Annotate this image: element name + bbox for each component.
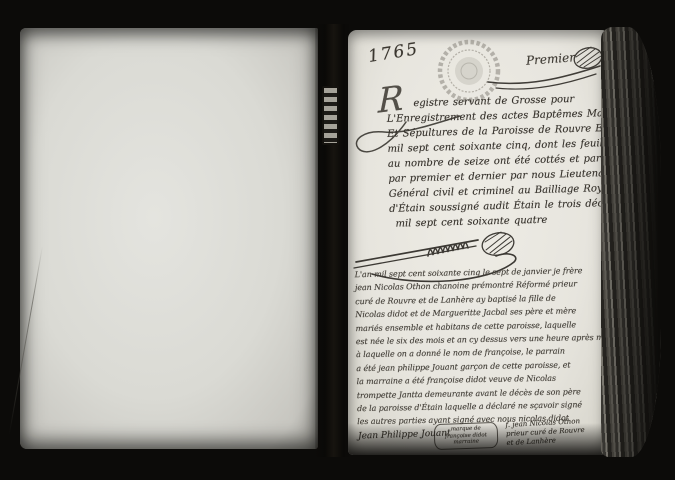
book-fore-edge [601, 27, 661, 457]
page-crease [9, 246, 43, 435]
right-manuscript-page: 1765 Premier R [348, 30, 606, 455]
bottom-shadow [348, 423, 606, 455]
register-scan-photo: 1765 Premier R [0, 0, 675, 480]
folio-label: Premier [526, 50, 576, 67]
book-binding [315, 24, 351, 457]
baptism-act: L'an mil sept cent soixante cinq le sept… [355, 266, 608, 431]
registre-declaration: egistre servant de Grosse pour L'Enregis… [386, 93, 607, 234]
year-heading: 1765 [367, 39, 421, 67]
left-blank-page [20, 28, 318, 449]
binding-stitch [322, 86, 339, 145]
